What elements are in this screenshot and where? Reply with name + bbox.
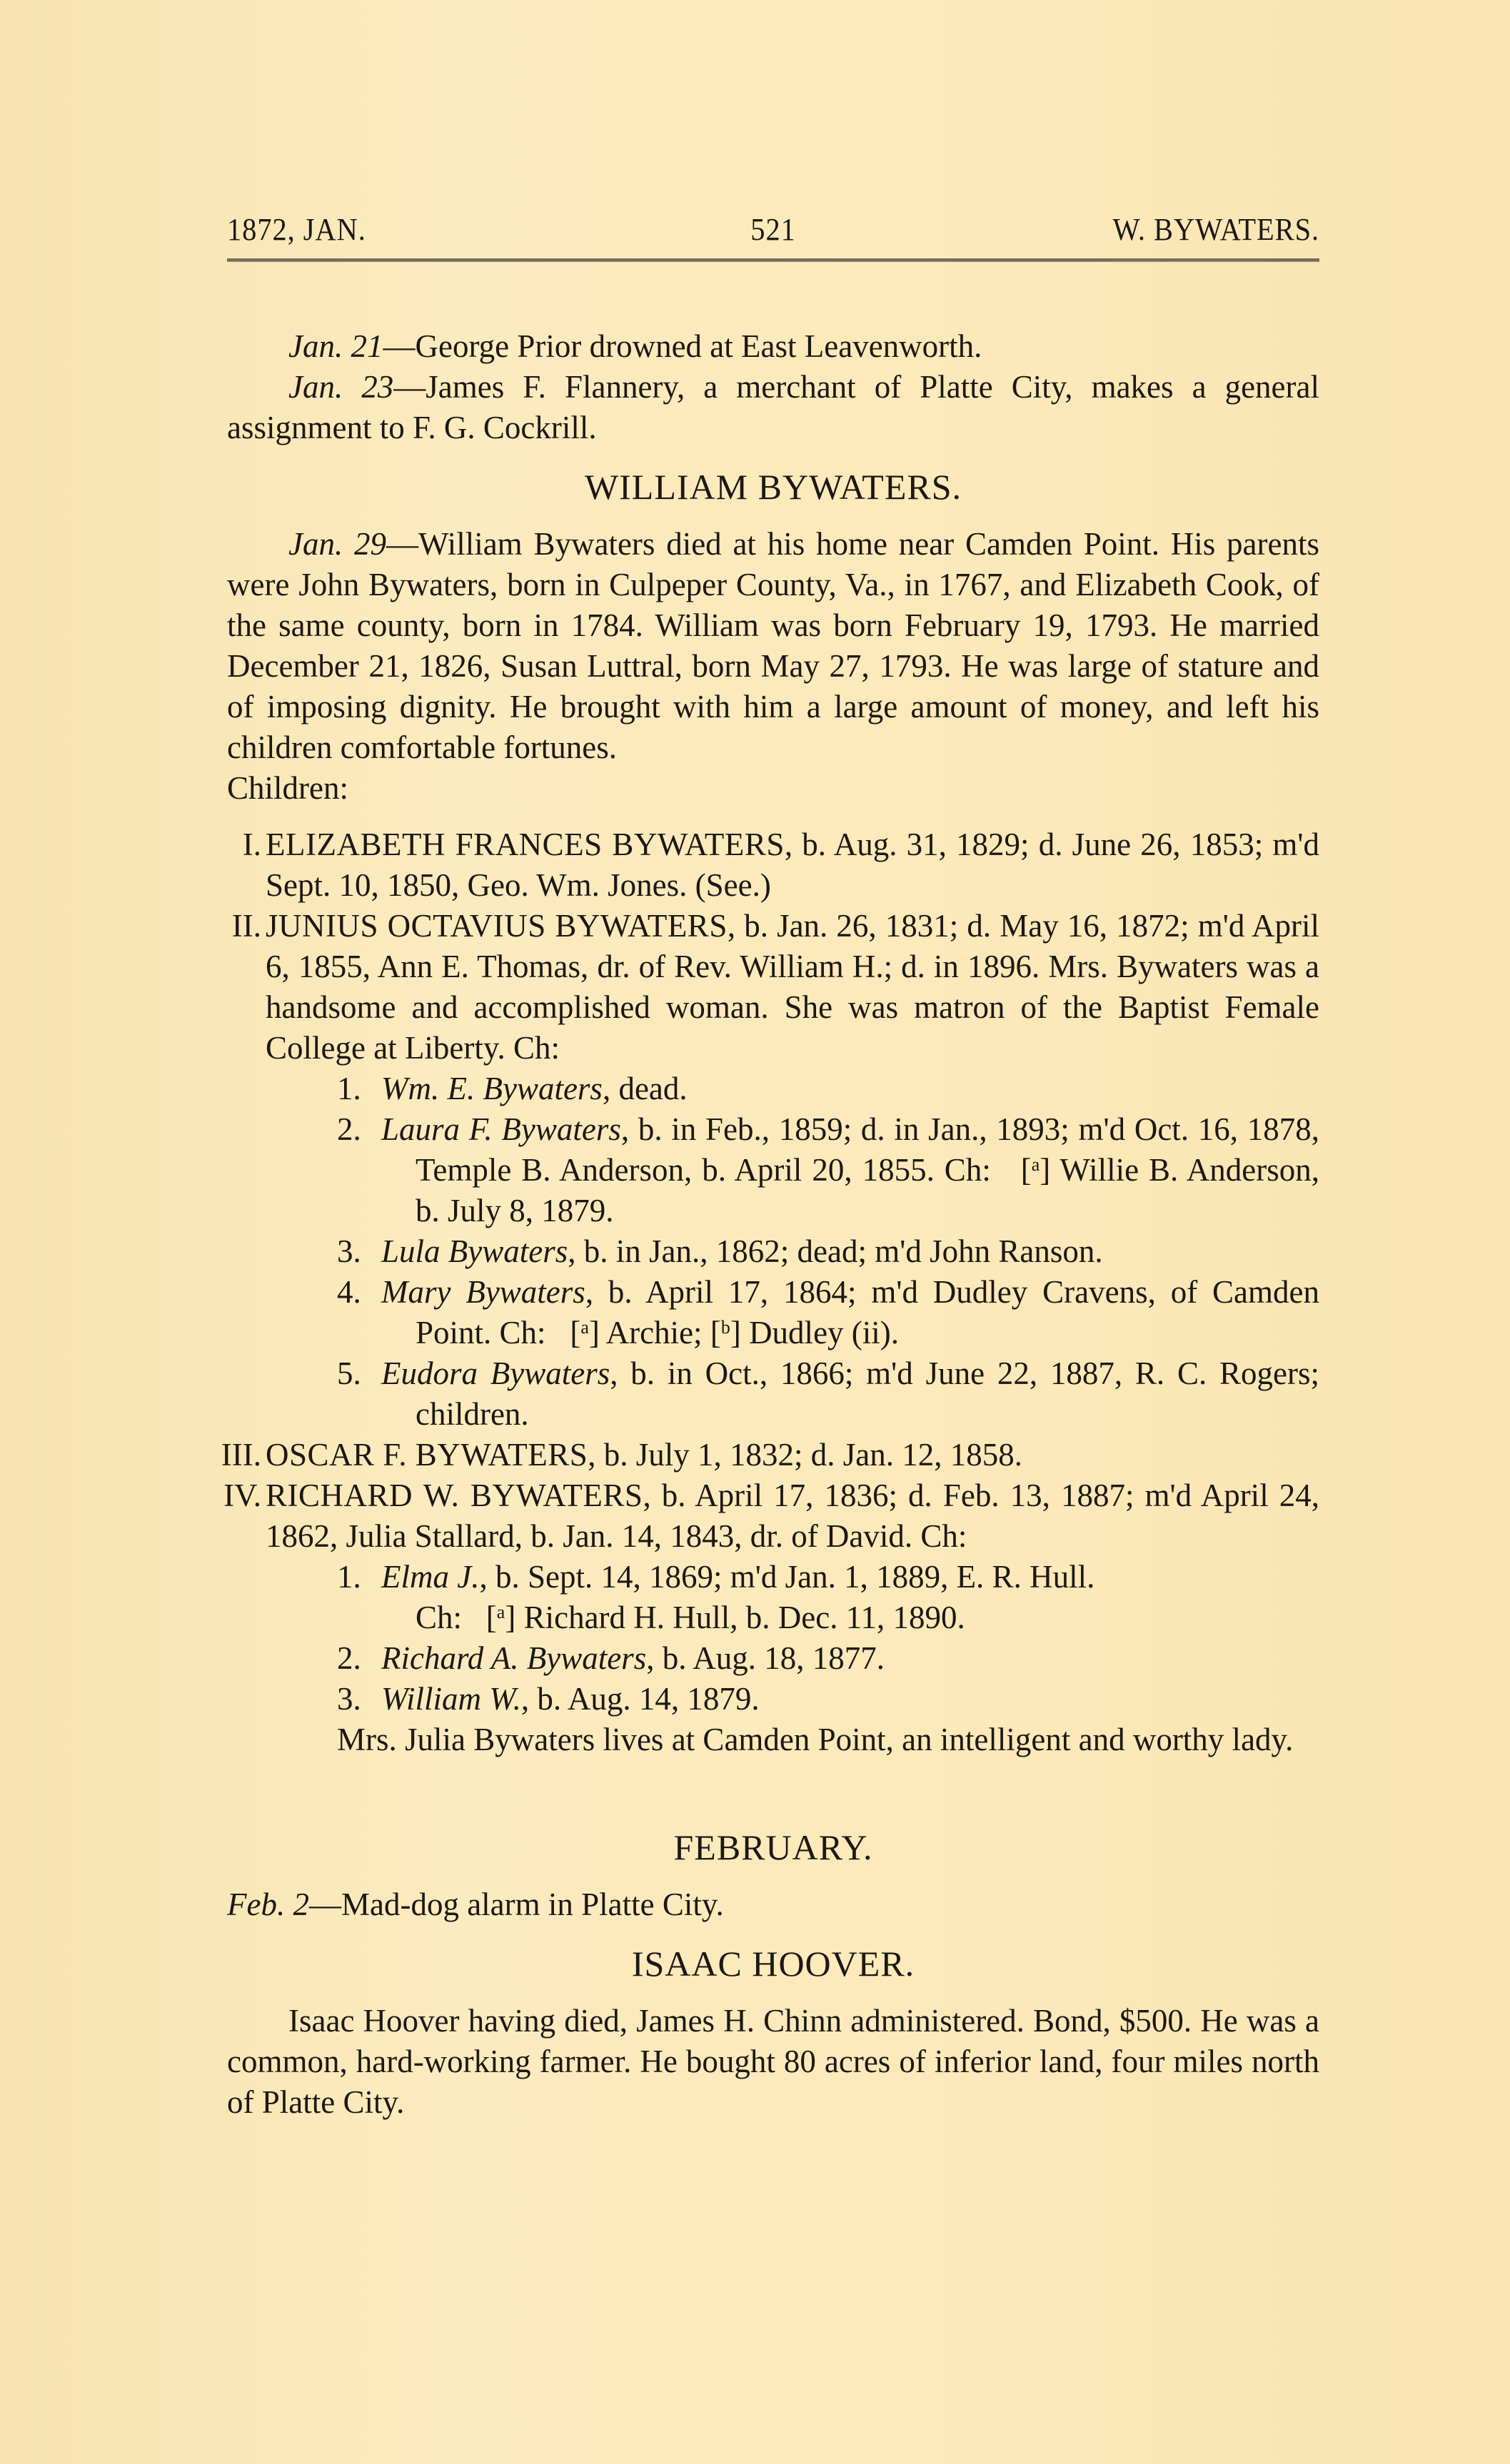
month-heading-february: FEBRUARY. (227, 1826, 1319, 1869)
entry-date: Jan. 29 (288, 526, 386, 562)
grandchild-entry: 1.Wm. E. Bywaters, dead. (227, 1069, 1319, 1109)
child-entry: III.OSCAR F. BYWATERS, b. July 1, 1832; … (183, 1435, 1319, 1475)
closing-note: Mrs. Julia Bywaters lives at Camden Poin… (227, 1720, 1319, 1760)
child-entry: I.ELIZABETH FRANCES BYWATERS, b. Aug. 31… (183, 824, 1319, 906)
grandchild-entry: 2.Richard A. Bywaters, b. Aug. 18, 1877. (227, 1638, 1319, 1679)
entry-date: Jan. 21 (288, 328, 383, 364)
child-name: OSCAR F. BYWATERS (266, 1437, 588, 1473)
grandchild-entry: 4.Mary Bywaters, b. April 17, 1864; m'd … (227, 1272, 1319, 1353)
grandchild-entry: 1.Elma J., b. Sept. 14, 1869; m'd Jan. 1… (227, 1557, 1319, 1597)
william-bywaters-bio: Jan. 29—William Bywaters died at his hom… (227, 524, 1319, 768)
entry-jan23: Jan. 23—James F. Flannery, a merchant of… (227, 367, 1319, 448)
grandchild-entry: 3.William W., b. Aug. 14, 1879. (227, 1679, 1319, 1720)
header-rule (227, 258, 1319, 262)
section-heading-william-bywaters: WILLIAM BYWATERS. (227, 465, 1319, 508)
children-label: Children: (227, 768, 1319, 809)
child-name: JUNIUS OCTAVIUS BYWATERS (266, 908, 728, 944)
page-number: 521 (750, 211, 795, 248)
running-head: 1872, JAN. 521 W. BYWATERS. (227, 211, 1319, 253)
child-name: ELIZABETH FRANCES BYWATERS (266, 827, 785, 862)
entry-date: Feb. 2 (227, 1887, 309, 1922)
child-name: RICHARD W. BYWATERS (266, 1478, 643, 1513)
great-grandchild-line: Ch: [a] Richard H. Hull, b. Dec. 11, 189… (227, 1597, 1319, 1638)
isaac-hoover-text: Isaac Hoover having died, James H. Chinn… (227, 2001, 1319, 2123)
entry-jan21: Jan. 21—George Prior drowned at East Lea… (227, 326, 1319, 367)
entry-feb2: Feb. 2—Mad-dog alarm in Platte City. (227, 1884, 1319, 1925)
running-head-right: W. BYWATERS. (1112, 211, 1319, 248)
page-body: Jan. 21—George Prior drowned at East Lea… (227, 326, 1319, 2123)
grandchild-entry: 2.Laura F. Bywaters, b. in Feb., 1859; d… (227, 1109, 1319, 1231)
grandchild-entry: 5.Eudora Bywaters, b. in Oct., 1866; m'd… (227, 1353, 1319, 1435)
grandchild-entry: 3.Lula Bywaters, b. in Jan., 1862; dead;… (227, 1231, 1319, 1272)
section-heading-isaac-hoover: ISAAC HOOVER. (227, 1942, 1319, 1985)
child-entry: II.JUNIUS OCTAVIUS BYWATERS, b. Jan. 26,… (183, 906, 1319, 1069)
entry-date: Jan. 23 (288, 369, 393, 405)
book-page: 1872, JAN. 521 W. BYWATERS. Jan. 21—Geor… (227, 211, 1319, 2123)
running-head-left: 1872, JAN. (227, 211, 366, 248)
child-entry: IV.RICHARD W. BYWATERS, b. April 17, 183… (183, 1475, 1319, 1557)
